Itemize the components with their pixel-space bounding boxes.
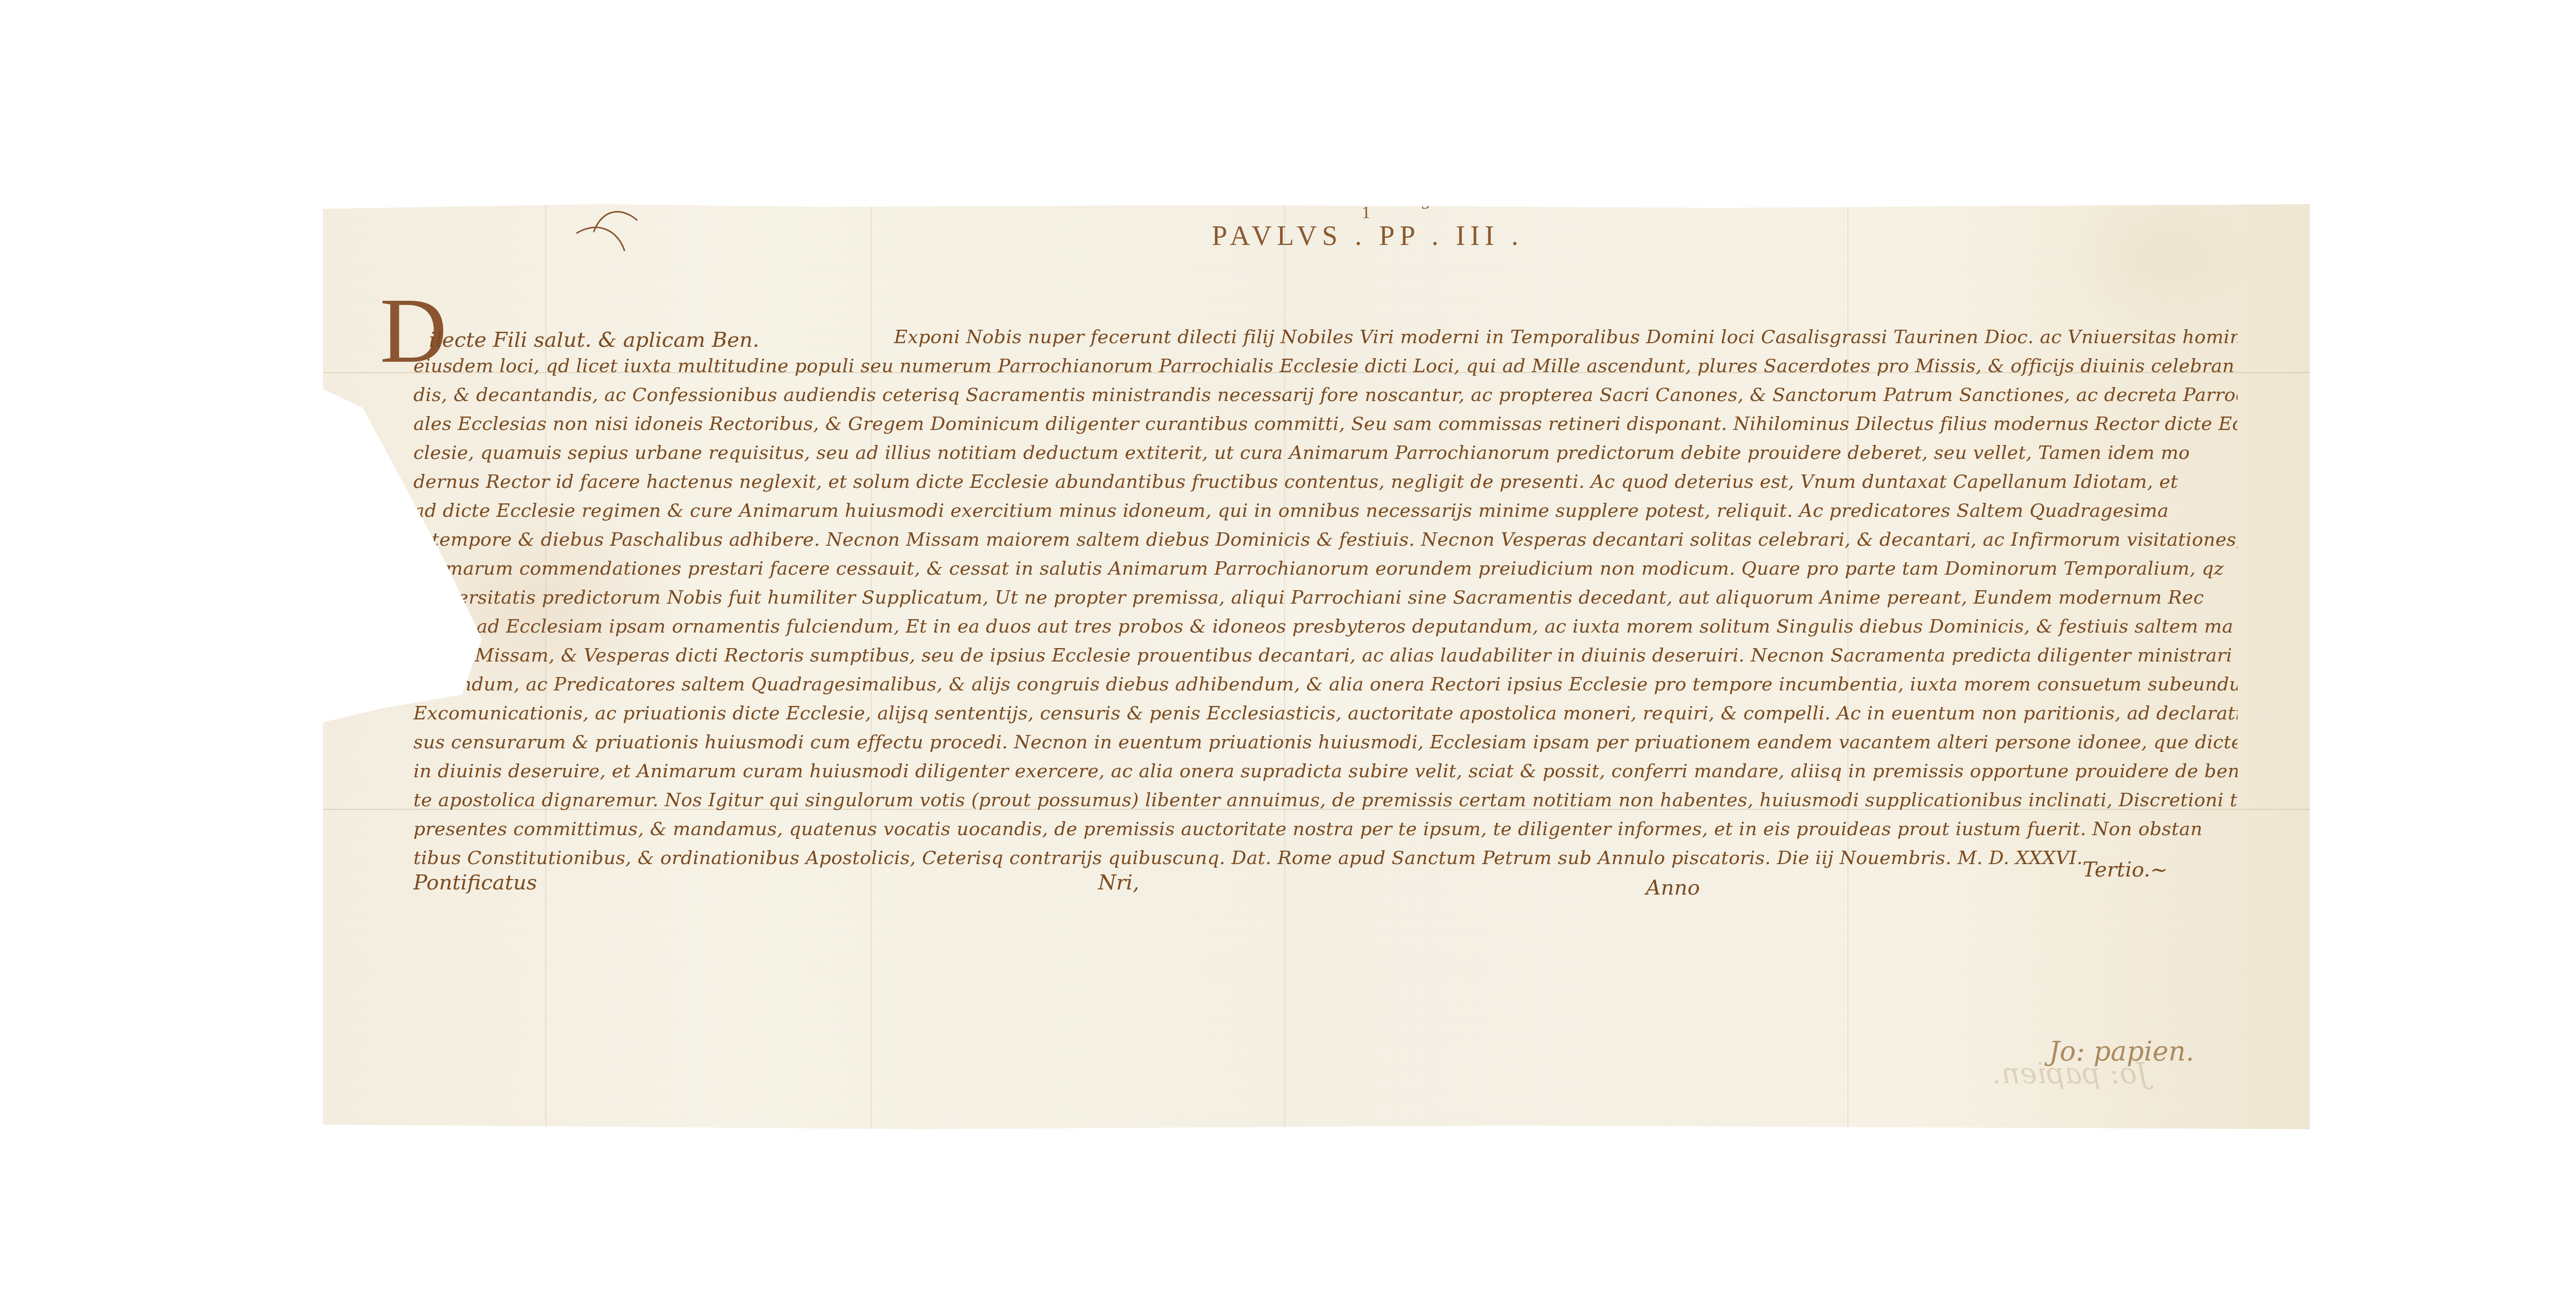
text-line: ad dicte Ecclesie regimen & cure Animaru… xyxy=(413,497,2238,526)
text-line: torem ad Ecclesiam ipsam ornamentis fulc… xyxy=(413,612,2238,641)
parchment-sheet: PAVLVS . PP . III . 1 5 D ilecte Fili sa… xyxy=(323,204,2310,1129)
text-line: Vniuersitatis predictorum Nobis fuit hum… xyxy=(413,583,2238,612)
heading-mark: 5 xyxy=(1421,194,1430,213)
text-line: eiusdem loci, qd licet iuxta multitudine… xyxy=(413,352,2238,381)
text-line: clesie, quamuis sepius urbane requisitus… xyxy=(413,439,2238,468)
text-line: faciendum, ac Predicatores saltem Quadra… xyxy=(413,670,2238,699)
text-line: sus censurarum & priuationis huiusmodi c… xyxy=(413,728,2238,757)
text-line: Exponi Nobis nuper fecerunt dilecti fili… xyxy=(413,323,2238,352)
closing-anno: Anno xyxy=(1646,876,1700,900)
text-line: li tempore & diebus Paschalibus adhibere… xyxy=(413,526,2238,555)
document-heading: PAVLVS . PP . III . xyxy=(1212,220,1523,252)
text-line: iorem Missam, & Vesperas dicti Rectoris … xyxy=(413,641,2238,670)
secretary-signature: Jo: papien. xyxy=(2049,1036,2194,1067)
closing-pontificatus: Pontificatus xyxy=(413,871,537,895)
text-line: in diuinis deseruire, et Animarum curam … xyxy=(413,757,2238,786)
text-line: dernus Rector id facere hactenus neglexi… xyxy=(413,468,2238,497)
closing-tertio: Tertio.~ xyxy=(2083,858,2168,882)
photo-background: PAVLVS . PP . III . 1 5 D ilecte Fili sa… xyxy=(0,0,2576,1307)
closing-nri: Nri, xyxy=(1098,871,1139,895)
text-line: dis, & decantandis, ac Confessionibus au… xyxy=(413,381,2238,410)
text-line: Animarum commendationes prestari facere … xyxy=(413,555,2238,583)
text-line: ales Ecclesias non nisi idoneis Rectorib… xyxy=(413,410,2238,439)
text-line: presentes committimus, & mandamus, quate… xyxy=(413,815,2238,844)
text-line: te apostolica dignaremur. Nos Igitur qui… xyxy=(413,786,2238,815)
heading-mark: 1 xyxy=(1362,203,1370,223)
document-body: Exponi Nobis nuper fecerunt dilecti fili… xyxy=(413,323,2238,873)
text-line: Excomunicationis, ac priuationis dicte E… xyxy=(413,699,2238,728)
text-line: tibus Constitutionibus, & ordinationibus… xyxy=(413,844,2238,873)
